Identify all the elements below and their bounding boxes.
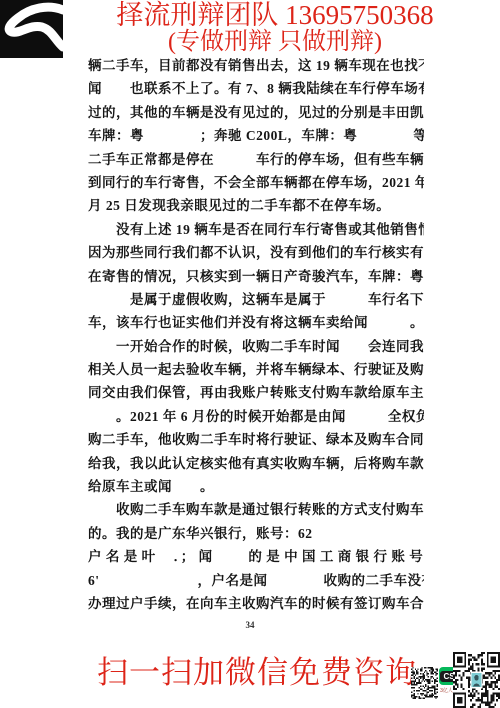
document-line: 在寄售的情况，只核实到一辆日产奇骏汽车，车牌：粤 <box>88 265 424 288</box>
header-team-title: 择流刑辩团队 13695750368 <box>95 0 455 30</box>
document-line: 同交由我们保管，再由我账户转账支付购车款给原车主或闻 <box>88 381 424 404</box>
document-line: 给我，我以此认定核实他有真实收购车辆，后将购车款转账 <box>88 452 424 475</box>
qr-code-small <box>411 667 438 699</box>
document-line: 因为那些同行我们都不认识，没有到他们的车行核实有无存 <box>88 241 424 264</box>
document-text-block: 辆二手车，目前都没有销售出去，这 19 辆车现在也找不到，闻 也联系不上了。有 … <box>88 54 424 615</box>
document-line: 。2021 年 6 月份的时候开始都是由闻 全权负责收 <box>88 405 424 428</box>
logo-swoosh-icon <box>0 0 63 58</box>
document-line: 二手车正常都是停在 车行的停车场，但有些车辆会放 <box>88 148 424 171</box>
document-line: 没有上述 19 辆车是否在同行车行寄售或其他销售情况， <box>88 218 424 241</box>
document-line: 车，该车行也证实他们并没有将这辆车卖给闻 。 <box>88 311 424 334</box>
document-line: 户 名 是 叶 ．； 闻 的 是 中 国 工 商 银 行 账 号 ： <box>88 545 424 568</box>
law-firm-logo <box>0 0 63 58</box>
document-line: 6' ，户名是闻 收购的二手车没有 <box>88 569 424 592</box>
document-line: 一开始合作的时候，收购二手车时闻 会连同我们的 <box>88 335 424 358</box>
document-line: 给原车主或闻 。 <box>88 475 424 498</box>
document-line: 购二手车，他收购二手车时将行驶证、绿本及购车合同拍照 <box>88 428 424 451</box>
header-subtitle: (专做刑辩 只做刑辩) <box>95 29 455 56</box>
footer-cta-text: 扫一扫加微信免费咨询 <box>97 653 417 693</box>
qr-code-large <box>453 652 500 708</box>
document-line: 相关人员一起去验收车辆，并将车辆绿本、行驶证及购车合 <box>88 358 424 381</box>
scanned-document-page: 择流刑辩团队 13695750368 (专做刑辩 只做刑辩) 辆二手车，目前都没… <box>0 0 500 708</box>
document-line: 车牌：粤 ；奔驰 C200L，车牌：粤 等。这些 <box>88 124 424 147</box>
document-line: 是属于虚假收购，这辆车是属于 车行名下的汽 <box>88 288 424 311</box>
document-line: 过的，其他的车辆是没有见过的，见过的分别是丰田凯美瑞， <box>88 101 424 124</box>
document-line: 的。我的是广东华兴银行，账号：62 <box>88 522 424 545</box>
page-number: 34 <box>0 620 500 630</box>
document-line: 办理过户手续，在向车主收购汽车的时候有签订购车合同的， <box>88 592 424 615</box>
document-line: 到同行的车行寄售，不会全部车辆都在停车场，2021 年 11 <box>88 171 424 194</box>
document-line: 月 25 日发现我亲眼见过的二手车都不在停车场。 <box>88 194 424 217</box>
document-line: 闻 也联系不上了。有 7、8 辆我陆续在车行停车场有见 <box>88 77 424 100</box>
document-line: 辆二手车，目前都没有销售出去，这 19 辆车现在也找不到， <box>88 54 424 77</box>
document-line: 收购二手车购车款是通过银行转账的方式支付购车款 <box>88 498 424 521</box>
